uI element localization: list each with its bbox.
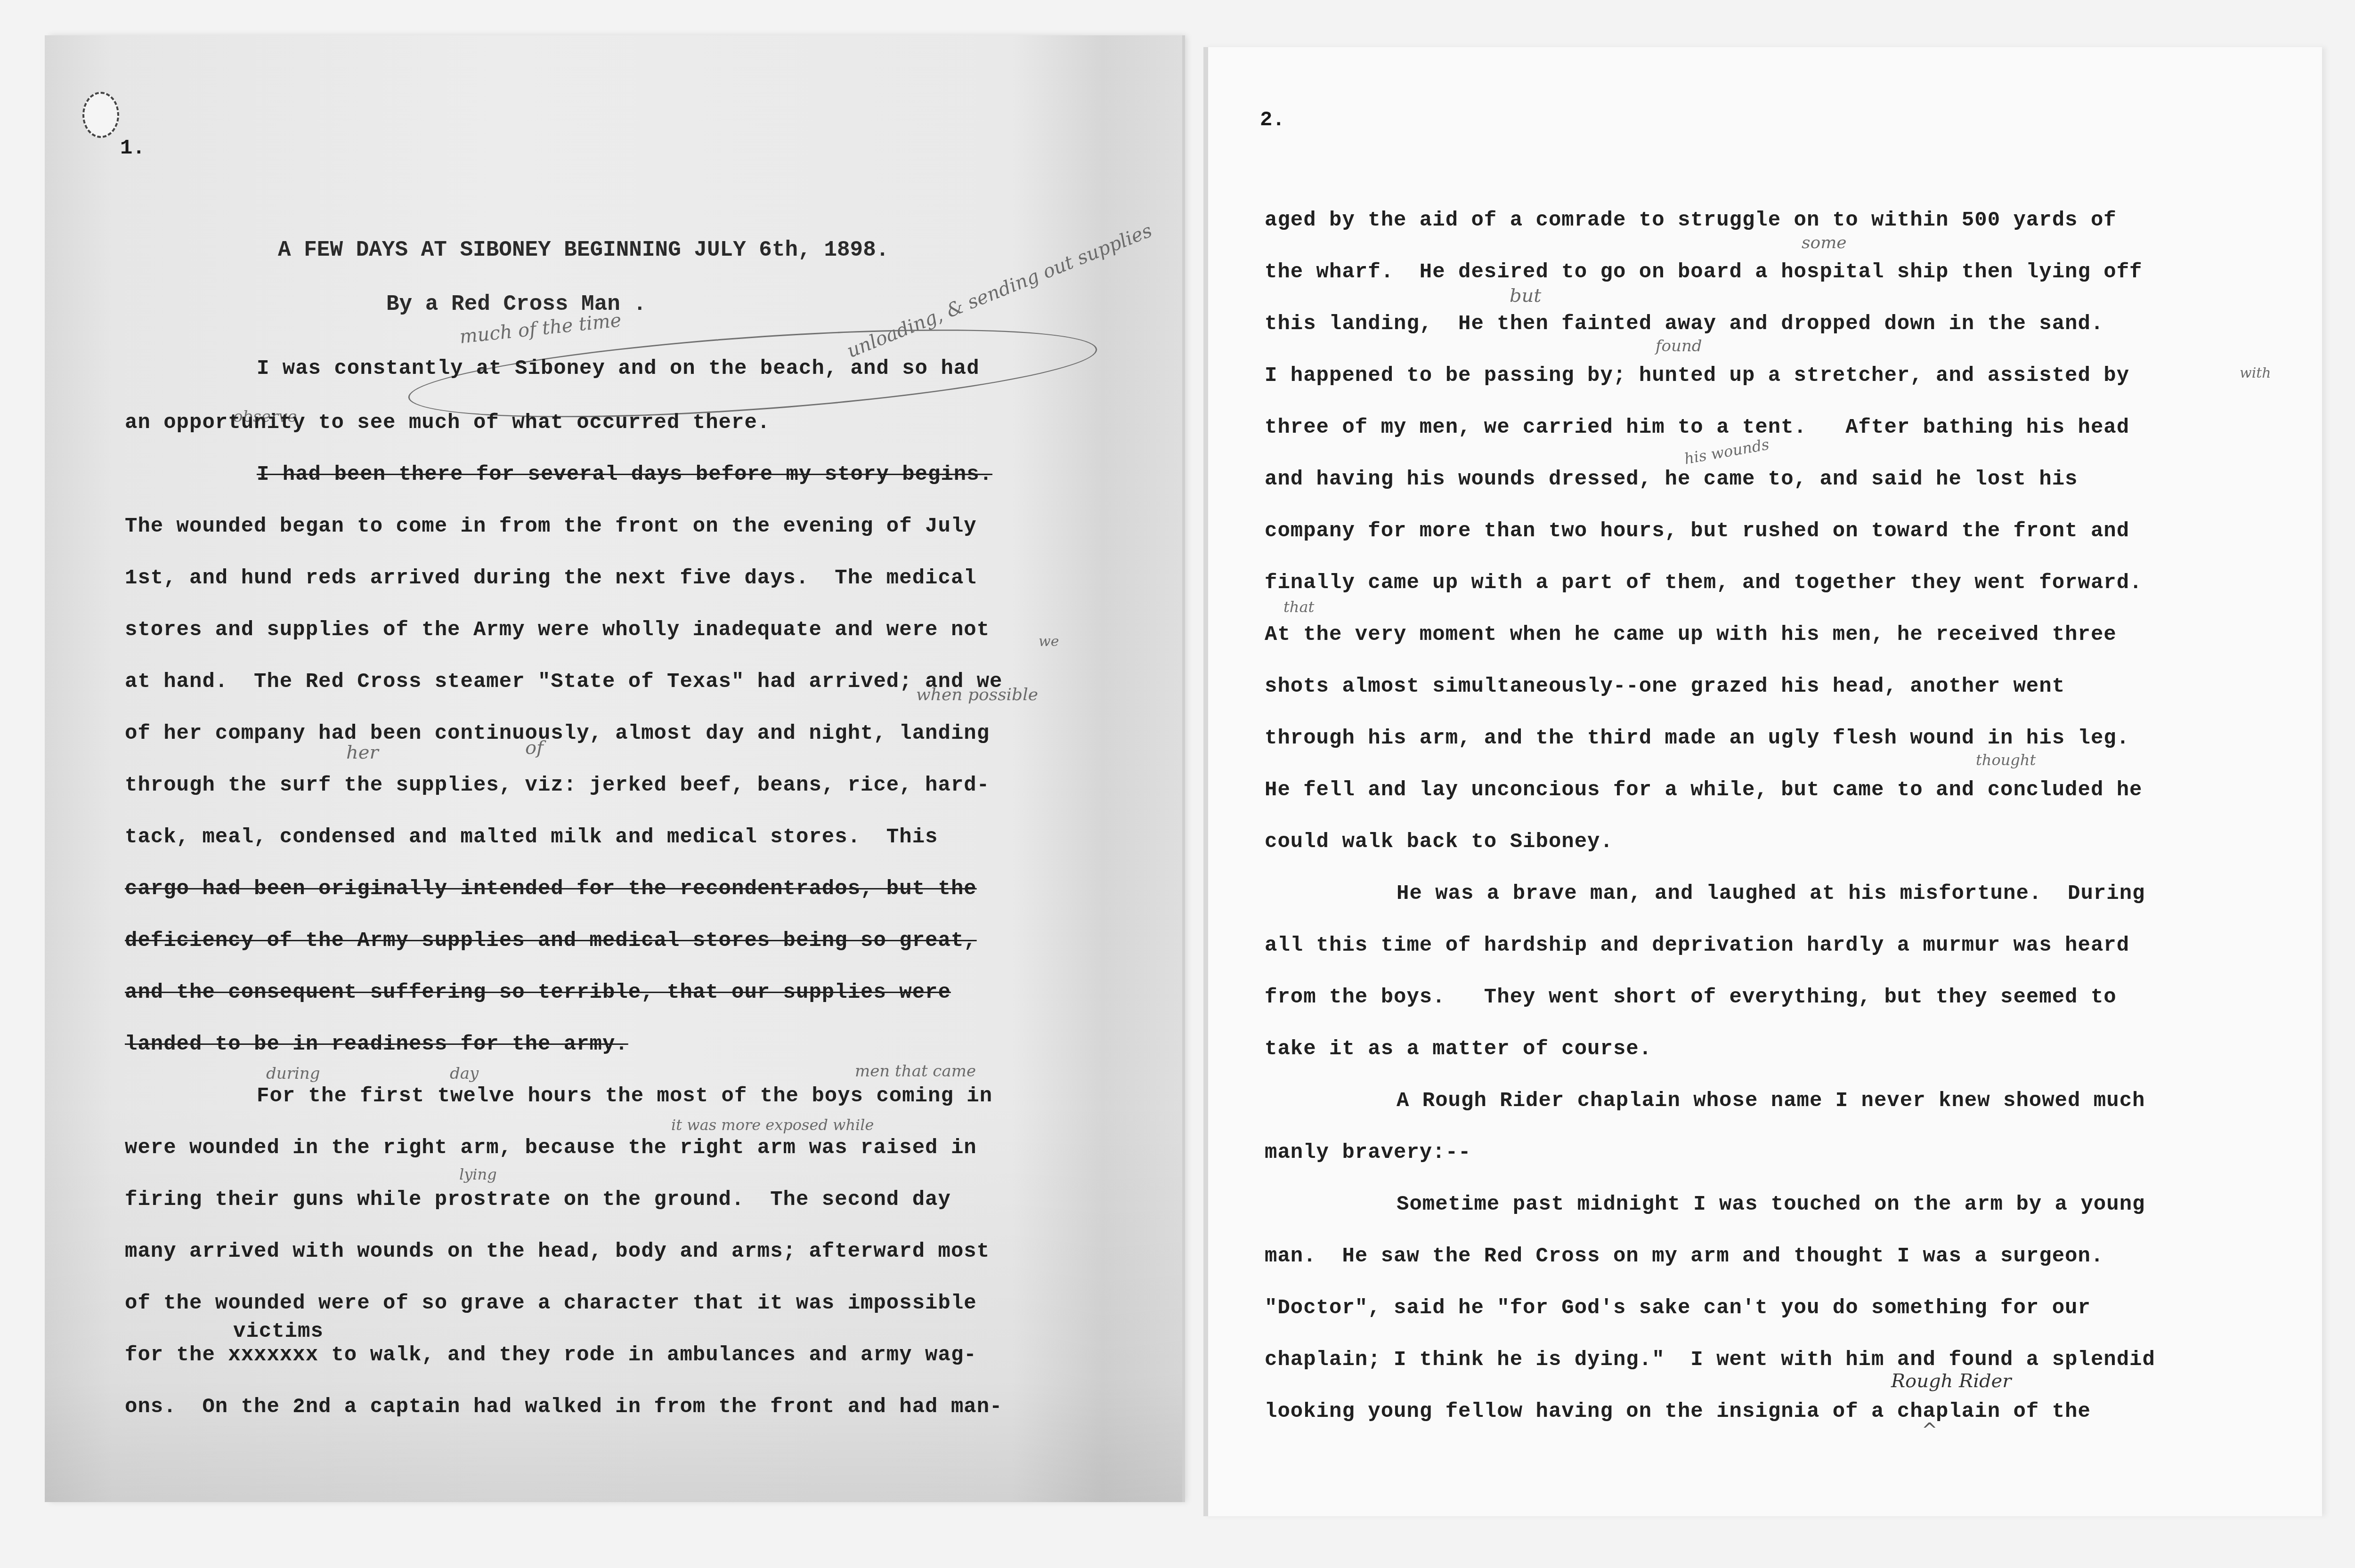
text-line: take it as a matter of course. [1265,1036,1652,1062]
text-line: company for more than two hours, but rus… [1265,518,2129,544]
text-line: man. He saw the Red Cross on my arm and … [1265,1243,2103,1269]
text-line-struck: deficiency of the Army supplies and medi… [125,928,977,954]
text-line: through his arm, and the third made an u… [1265,725,2129,752]
annotation-of: of [525,737,544,759]
text-line-struck: I had been there for several days before… [257,461,992,488]
text-line: He fell and lay unconcious for a while, … [1265,777,2143,803]
page-number: 2. [1260,108,1285,132]
text-line: The wounded began to come in from the fr… [125,513,977,540]
annotation-lying: lying [459,1165,497,1183]
insertion-caret-icon: ^ [1922,1420,1938,1441]
text-line: shots almost simultaneously--one grazed … [1265,673,2065,700]
text-line: At the very moment when he came up with … [1265,622,2117,648]
text-line: at hand. The Red Cross steamer "State of… [125,669,1003,695]
text-line: I happened to be passing by; hunted up a… [1265,363,2129,389]
manuscript-page-1: 1. A FEW DAYS AT SIBONEY BEGINNING JULY … [45,35,1182,1502]
text-line: were wounded in the right arm, because t… [125,1135,977,1161]
text-line: the wharf. He desired to go on board a h… [1265,259,2143,285]
annotation-rough-rider: Rough Rider [1891,1370,2011,1392]
annotation-that: that [1283,598,1314,616]
document-title: A FEW DAYS AT SIBONEY BEGINNING JULY 6th… [278,238,889,262]
text-line: manly bravery:-- [1265,1140,1471,1166]
text-line: could walk back to Siboney. [1265,829,1613,855]
annotation-thought: thought [1976,751,2036,769]
text-line: tack, meal, condensed and malted milk an… [125,824,938,850]
annotation-we: we [1039,633,1059,650]
text-line-struck: cargo had been originally intended for t… [125,876,977,902]
page-number: 1. [120,137,145,160]
typed-insertion-victims: victims [233,1318,324,1345]
text-line: of her company had been continuously, al… [125,720,990,747]
text-line: looking young fellow having on the insig… [1265,1398,2091,1425]
annotation-when-possible: when possible [916,685,1038,704]
archive-stamp-icon [82,92,119,138]
text-line: three of my men, we carried him to a ten… [1265,414,2129,441]
text-line: chaplain; I think he is dying." I went w… [1265,1347,2155,1373]
text-line-struck: landed to be in readiness for the army. [125,1031,628,1058]
text-line: aged by the aid of a comrade to struggle… [1265,207,2117,234]
text-line: an opportunity to see much of what occur… [125,410,770,436]
annotation-men-that-came: men that came [855,1062,976,1081]
annotation-her: her [346,742,379,763]
annotation-it-was-more-exposed: it was more exposed while [671,1116,874,1134]
text-line: all this time of hardship and deprivatio… [1265,932,2129,959]
text-line: many arrived with wounds on the head, bo… [125,1238,990,1265]
text-line: For the first twelve hours the most of t… [257,1083,992,1109]
text-line: from the boys. They went short of everyt… [1265,984,2117,1010]
annotation-day: day [450,1064,479,1083]
text-line: 1st, and hund reds arrived during the ne… [125,565,977,591]
text-line: through the surf the supplies, viz: jerk… [125,772,990,799]
text-line: "Doctor", said he "for God's sake can't … [1265,1295,2091,1321]
text-line: stores and supplies of the Army were who… [125,617,990,643]
text-line: I was constantly at Siboney and on the b… [257,356,980,382]
annotation-found: found [1656,337,1702,356]
text-line-struck: and the consequent suffering so terrible… [125,979,951,1006]
text-line: of the wounded were of so grave a charac… [125,1290,977,1317]
text-line: and having his wounds dressed, he came t… [1265,466,2078,493]
text-line: He was a brave man, and laughed at his m… [1397,881,2145,907]
manuscript-page-2: 2. aged by the aid of a comrade to strug… [1203,47,2322,1516]
annotation-during: during [266,1064,320,1083]
text-line: Sometime past midnight I was touched on … [1397,1191,2145,1218]
text-line: A Rough Rider chaplain whose name I neve… [1397,1088,2145,1114]
text-line: this landing, He then fainted away and d… [1265,311,2103,337]
annotation-with: with [2240,365,2271,381]
annotation-some: some [1802,233,1847,252]
text-line: for the xxxxxxx to walk, and they rode i… [125,1342,977,1368]
text-line: finally came up with a part of them, and… [1265,570,2143,596]
annotation-but: but [1510,285,1541,307]
text-line: firing their guns while prostrate on the… [125,1187,951,1213]
text-line: ons. On the 2nd a captain had walked in … [125,1394,1003,1420]
